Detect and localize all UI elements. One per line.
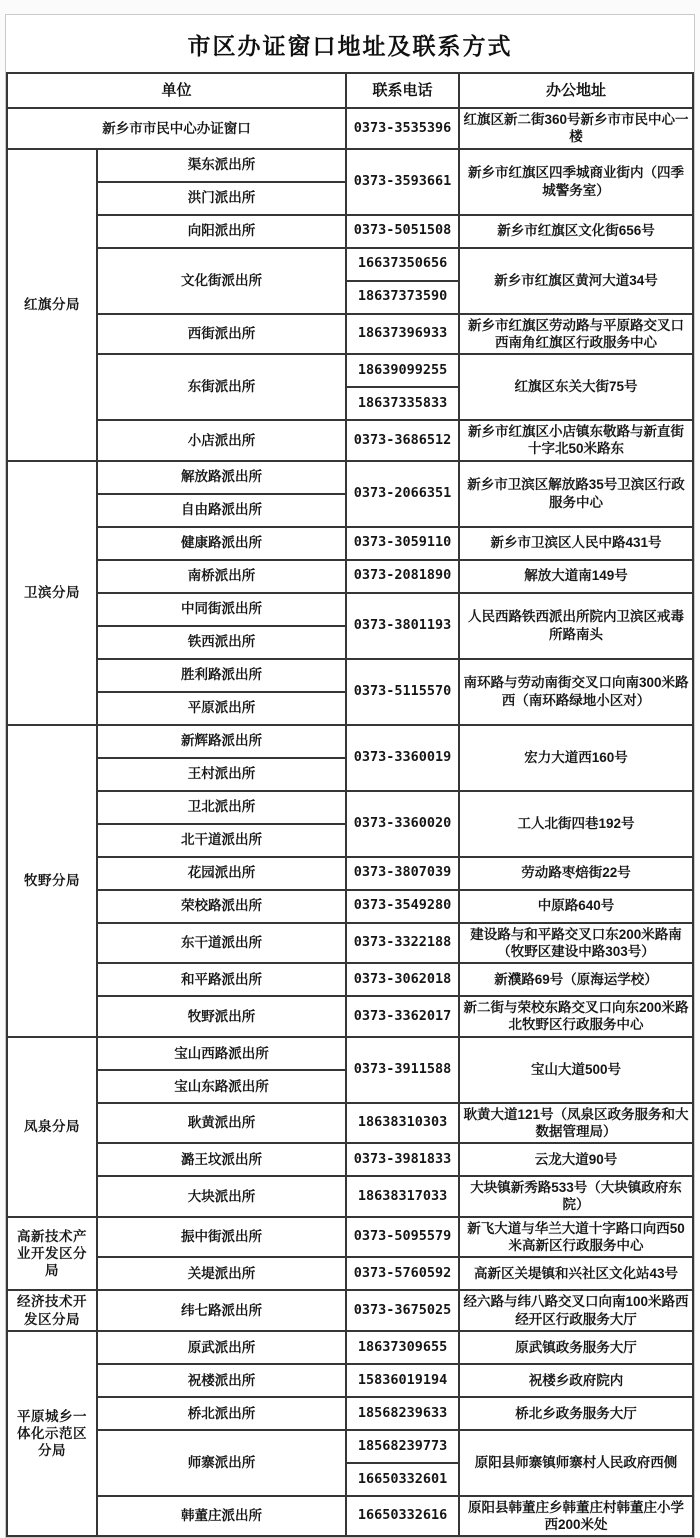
address-cell: 新飞大道与华兰大道十字路口向西50米高新区行政服务中心 xyxy=(459,1217,693,1258)
unit-cell: 健康路派出所 xyxy=(97,527,346,560)
address-cell: 新乡市红旗区劳动路与平原路交叉口西南角红旗区行政服务中心 xyxy=(459,314,693,355)
table-row: 健康路派出所0373-3059110新乡市卫滨区人民中路431号 xyxy=(7,527,693,560)
phone-cell: 0373-5095579 xyxy=(346,1217,459,1258)
phone-cell: 0373-2081890 xyxy=(346,560,459,593)
unit-cell: 新乡市市民中心办证窗口 xyxy=(7,108,346,149)
unit-cell: 南桥派出所 xyxy=(97,560,346,593)
unit-cell: 花园派出所 xyxy=(97,857,346,890)
table-header: 单位 联系电话 办公地址 xyxy=(7,73,693,108)
table-row: 西街派出所18637396933新乡市红旗区劳动路与平原路交叉口西南角红旗区行政… xyxy=(7,314,693,355)
unit-cell: 桥北派出所 xyxy=(97,1397,346,1430)
unit-cell: 解放路派出所 xyxy=(97,461,346,494)
unit-cell: 师寨派出所 xyxy=(97,1430,346,1496)
col-header-unit: 单位 xyxy=(7,73,346,108)
unit-cell: 和平路派出所 xyxy=(97,963,346,996)
page-title: 市区办证窗口地址及联系方式 xyxy=(6,15,694,72)
address-cell: 中原路640号 xyxy=(459,890,693,923)
phone-cell: 0373-3686512 xyxy=(346,420,459,461)
unit-cell: 潞王坟派出所 xyxy=(97,1143,346,1176)
unit-cell: 小店派出所 xyxy=(97,420,346,461)
address-cell: 祝楼乡政府院内 xyxy=(459,1364,693,1397)
phone-cell: 16637350656 xyxy=(346,248,459,281)
phone-cell: 0373-3535396 xyxy=(346,108,459,149)
unit-cell: 关堤派出所 xyxy=(97,1257,346,1290)
phone-cell: 18568239773 xyxy=(346,1430,459,1463)
unit-cell: 荣校路派出所 xyxy=(97,890,346,923)
phone-cell: 0373-3911588 xyxy=(346,1037,459,1103)
unit-cell: 向阳派出所 xyxy=(97,215,346,248)
contact-table: 单位 联系电话 办公地址 新乡市市民中心办证窗口0373-3535396红旗区新… xyxy=(6,72,694,1537)
address-cell: 新二街与荣校东路交叉口向东200米路北牧野区行政服务中心 xyxy=(459,996,693,1037)
unit-cell: 牧野派出所 xyxy=(97,996,346,1037)
phone-cell: 16650332616 xyxy=(346,1496,459,1537)
phone-cell: 0373-3362017 xyxy=(346,996,459,1037)
table-row: 南桥派出所0373-2081890解放大道南149号 xyxy=(7,560,693,593)
unit-cell: 原武派出所 xyxy=(97,1331,346,1364)
table-row: 师寨派出所18568239773原阳县师寨镇师寨村人民政府西侧 xyxy=(7,1430,693,1463)
unit-cell: 耿黄派出所 xyxy=(97,1103,346,1144)
phone-cell: 18637335833 xyxy=(346,387,459,420)
table-row: 卫滨分局解放路派出所0373-2066351新乡市卫滨区解放路35号卫滨区行政服… xyxy=(7,461,693,494)
address-cell: 建设路与和平路交叉口东200米路南（牧野区建设中路303号） xyxy=(459,923,693,964)
unit-cell: 东干道派出所 xyxy=(97,923,346,964)
col-header-phone: 联系电话 xyxy=(346,73,459,108)
unit-cell: 卫北派出所 xyxy=(97,791,346,824)
unit-cell: 新辉路派出所 xyxy=(97,725,346,758)
unit-cell: 韩董庄派出所 xyxy=(97,1496,346,1537)
phone-cell: 0373-3322188 xyxy=(346,923,459,964)
unit-cell: 大块派出所 xyxy=(97,1176,346,1217)
unit-cell: 平原派出所 xyxy=(97,692,346,725)
phone-cell: 18637373590 xyxy=(346,281,459,314)
phone-cell: 0373-3549280 xyxy=(346,890,459,923)
phone-cell: 0373-3593661 xyxy=(346,149,459,215)
table-row: 荣校路派出所0373-3549280中原路640号 xyxy=(7,890,693,923)
col-header-address: 办公地址 xyxy=(459,73,693,108)
unit-cell: 北干道派出所 xyxy=(97,824,346,857)
unit-cell: 西街派出所 xyxy=(97,314,346,355)
table-row: 和平路派出所0373-3062018新濮路69号（原海运学校） xyxy=(7,963,693,996)
phone-cell: 0373-3360020 xyxy=(346,791,459,857)
unit-cell: 渠东派出所 xyxy=(97,149,346,182)
table-row: 卫北派出所0373-3360020工人北街四巷192号 xyxy=(7,791,693,824)
phone-cell: 18639099255 xyxy=(346,354,459,387)
phone-cell: 18638317033 xyxy=(346,1176,459,1217)
table-row: 花园派出所0373-3807039劳动路枣焙街22号 xyxy=(7,857,693,890)
address-cell: 大块镇新秀路533号（大块镇政府东院） xyxy=(459,1176,693,1217)
phone-cell: 0373-3360019 xyxy=(346,725,459,791)
address-cell: 桥北乡政务服务大厅 xyxy=(459,1397,693,1430)
address-cell: 原阳县韩董庄乡韩董庄村韩董庄小学西200米处 xyxy=(459,1496,693,1537)
address-cell: 原武镇政务服务大厅 xyxy=(459,1331,693,1364)
phone-cell: 18637396933 xyxy=(346,314,459,355)
unit-cell: 宝山西路派出所 xyxy=(97,1037,346,1070)
phone-cell: 18637309655 xyxy=(346,1331,459,1364)
phone-cell: 0373-5760592 xyxy=(346,1257,459,1290)
unit-cell: 祝楼派出所 xyxy=(97,1364,346,1397)
address-cell: 红旗区新二街360号新乡市市民中心一楼 xyxy=(459,108,693,149)
table-row: 大块派出所18638317033大块镇新秀路533号（大块镇政府东院） xyxy=(7,1176,693,1217)
table-row: 凤泉分局宝山西路派出所0373-3911588宝山大道500号 xyxy=(7,1037,693,1070)
table-row: 红旗分局渠东派出所0373-3593661新乡市红旗区四季城商业街内（四季城警务… xyxy=(7,149,693,182)
address-cell: 解放大道南149号 xyxy=(459,560,693,593)
address-cell: 新濮路69号（原海运学校） xyxy=(459,963,693,996)
address-cell: 原阳县师寨镇师寨村人民政府西侧 xyxy=(459,1430,693,1496)
address-cell: 人民西路铁西派出所院内卫滨区戒毒所路南头 xyxy=(459,593,693,659)
address-cell: 红旗区东关大街75号 xyxy=(459,354,693,420)
table-row: 胜利路派出所0373-5115570南环路与劳动南街交叉口向南300米路西（南环… xyxy=(7,659,693,692)
group-cell: 卫滨分局 xyxy=(7,461,97,725)
table-row: 祝楼派出所15836019194祝楼乡政府院内 xyxy=(7,1364,693,1397)
unit-cell: 王村派出所 xyxy=(97,758,346,791)
address-cell: 宝山大道500号 xyxy=(459,1037,693,1103)
table-row: 经济技术开发区分局纬七路派出所0373-3675025经六路与纬八路交叉口向南1… xyxy=(7,1290,693,1331)
unit-cell: 宝山东路派出所 xyxy=(97,1070,346,1103)
unit-cell: 中同街派出所 xyxy=(97,593,346,626)
address-cell: 新乡市卫滨区人民中路431号 xyxy=(459,527,693,560)
table-row: 平原城乡一体化示范区分局原武派出所18637309655原武镇政务服务大厅 xyxy=(7,1331,693,1364)
phone-cell: 0373-5115570 xyxy=(346,659,459,725)
header-row: 单位 联系电话 办公地址 xyxy=(7,73,693,108)
table-row: 关堤派出所0373-5760592高新区关堤镇和兴社区文化站43号 xyxy=(7,1257,693,1290)
table-row: 文化街派出所16637350656新乡市红旗区黄河大道34号 xyxy=(7,248,693,281)
address-cell: 经六路与纬八路交叉口向南100米路西经开区行政服务大厅 xyxy=(459,1290,693,1331)
address-cell: 宏力大道西160号 xyxy=(459,725,693,791)
address-cell: 新乡市红旗区四季城商业街内（四季城警务室） xyxy=(459,149,693,215)
group-cell: 经济技术开发区分局 xyxy=(7,1290,97,1331)
unit-cell: 东街派出所 xyxy=(97,354,346,420)
page: 市区办证窗口地址及联系方式 单位 联系电话 办公地址 新乡市市民中心办证窗口03… xyxy=(0,0,700,1538)
phone-cell: 16650332601 xyxy=(346,1463,459,1496)
table-row: 向阳派出所0373-5051508新乡市红旗区文化街656号 xyxy=(7,215,693,248)
document-sheet: 市区办证窗口地址及联系方式 单位 联系电话 办公地址 新乡市市民中心办证窗口03… xyxy=(5,14,695,1538)
address-cell: 云龙大道90号 xyxy=(459,1143,693,1176)
unit-cell: 铁西派出所 xyxy=(97,626,346,659)
address-cell: 南环路与劳动南街交叉口向南300米路西（南环路绿地小区对） xyxy=(459,659,693,725)
address-cell: 新乡市红旗区黄河大道34号 xyxy=(459,248,693,314)
phone-cell: 0373-3675025 xyxy=(346,1290,459,1331)
table-row: 牧野分局新辉路派出所0373-3360019宏力大道西160号 xyxy=(7,725,693,758)
table-row: 耿黄派出所18638310303耿黄大道121号（凤泉区政务服务和大数据管理局） xyxy=(7,1103,693,1144)
address-cell: 劳动路枣焙街22号 xyxy=(459,857,693,890)
table-row: 韩董庄派出所16650332616原阳县韩董庄乡韩董庄村韩董庄小学西200米处 xyxy=(7,1496,693,1537)
table-row: 东干道派出所0373-3322188建设路与和平路交叉口东200米路南（牧野区建… xyxy=(7,923,693,964)
phone-cell: 0373-3059110 xyxy=(346,527,459,560)
phone-cell: 0373-5051508 xyxy=(346,215,459,248)
table-row: 潞王坟派出所0373-3981833云龙大道90号 xyxy=(7,1143,693,1176)
phone-cell: 18568239633 xyxy=(346,1397,459,1430)
address-cell: 新乡市红旗区文化街656号 xyxy=(459,215,693,248)
table-row: 桥北派出所18568239633桥北乡政务服务大厅 xyxy=(7,1397,693,1430)
table-row: 高新技术产业开发区分局振中街派出所0373-5095579新飞大道与华兰大道十字… xyxy=(7,1217,693,1258)
group-cell: 高新技术产业开发区分局 xyxy=(7,1217,97,1291)
phone-cell: 0373-3981833 xyxy=(346,1143,459,1176)
group-cell: 平原城乡一体化示范区分局 xyxy=(7,1331,97,1537)
address-cell: 新乡市卫滨区解放路35号卫滨区行政服务中心 xyxy=(459,461,693,527)
group-cell: 红旗分局 xyxy=(7,149,97,461)
table-body: 新乡市市民中心办证窗口0373-3535396红旗区新二街360号新乡市市民中心… xyxy=(7,108,693,1536)
table-row: 东街派出所18639099255红旗区东关大街75号 xyxy=(7,354,693,387)
table-row: 中同街派出所0373-3801193人民西路铁西派出所院内卫滨区戒毒所路南头 xyxy=(7,593,693,626)
table-row: 新乡市市民中心办证窗口0373-3535396红旗区新二街360号新乡市市民中心… xyxy=(7,108,693,149)
phone-cell: 0373-3801193 xyxy=(346,593,459,659)
table-row: 小店派出所0373-3686512新乡市红旗区小店镇东敬路与新直街十字北50米路… xyxy=(7,420,693,461)
address-cell: 高新区关堤镇和兴社区文化站43号 xyxy=(459,1257,693,1290)
address-cell: 工人北街四巷192号 xyxy=(459,791,693,857)
address-cell: 耿黄大道121号（凤泉区政务服务和大数据管理局） xyxy=(459,1103,693,1144)
unit-cell: 振中街派出所 xyxy=(97,1217,346,1258)
unit-cell: 文化街派出所 xyxy=(97,248,346,314)
address-cell: 新乡市红旗区小店镇东敬路与新直街十字北50米路东 xyxy=(459,420,693,461)
phone-cell: 0373-3807039 xyxy=(346,857,459,890)
unit-cell: 胜利路派出所 xyxy=(97,659,346,692)
unit-cell: 洪门派出所 xyxy=(97,182,346,215)
phone-cell: 15836019194 xyxy=(346,1364,459,1397)
unit-cell: 自由路派出所 xyxy=(97,494,346,527)
group-cell: 牧野分局 xyxy=(7,725,97,1037)
group-cell: 凤泉分局 xyxy=(7,1037,97,1217)
phone-cell: 18638310303 xyxy=(346,1103,459,1144)
phone-cell: 0373-2066351 xyxy=(346,461,459,527)
table-row: 牧野派出所0373-3362017新二街与荣校东路交叉口向东200米路北牧野区行… xyxy=(7,996,693,1037)
phone-cell: 0373-3062018 xyxy=(346,963,459,996)
unit-cell: 纬七路派出所 xyxy=(97,1290,346,1331)
